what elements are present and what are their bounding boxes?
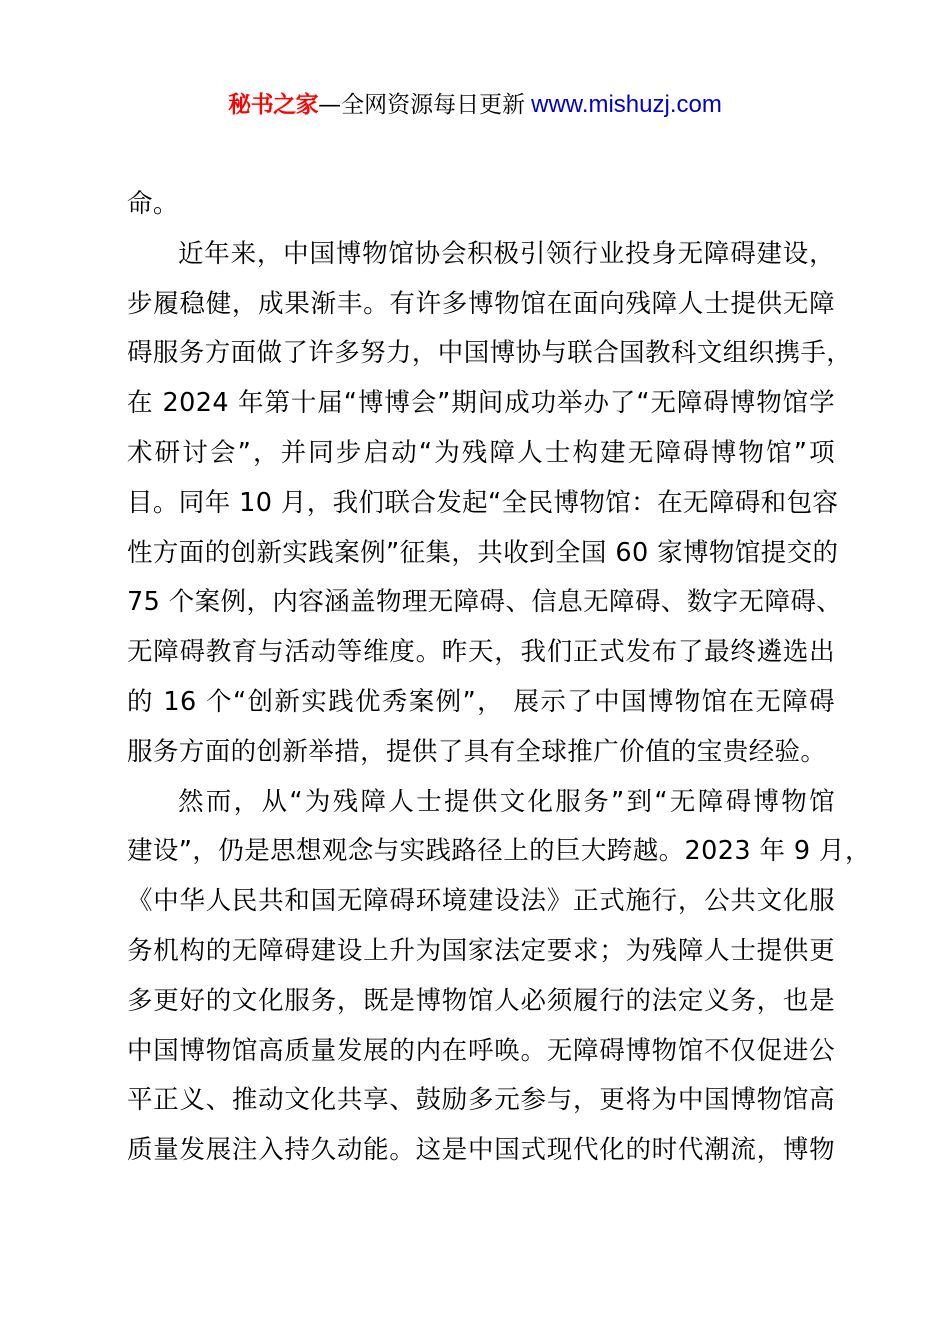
text-line: 务机构的无障碍建设上升为国家法定要求；为残障人士提供更 (127, 927, 835, 977)
text-line: 命。 (127, 180, 835, 230)
text-line: 碍服务方面做了许多努力，中国博协与联合国教科文组织携手， (127, 329, 835, 379)
text-line: 的 16 个“创新实践优秀案例”， 展示了中国博物馆在无障碍 (127, 678, 835, 728)
page-header: 秘书之家—全网资源每日更新www.mishuzj.com (0, 88, 950, 122)
paragraph-end-line: 服务方面的创新举措，提供了具有全球推广价值的宝贵经验。 (127, 728, 835, 778)
text-line: 《中华人民共和国无障碍环境建设法》正式施行，公共文化服 (127, 877, 835, 927)
text-line: 在 2024 年第十届“博博会”期间成功举办了“无障碍博物馆学 (127, 379, 835, 429)
document-body: 命。 近年来，中国博物馆协会积极引领行业投身无障碍建设， 步履稳健，成果渐丰。有… (127, 180, 835, 1176)
text-line: 无障碍教育与活动等维度。昨天，我们正式发布了最终遴选出 (127, 628, 835, 678)
brand-name: 秘书之家 (228, 92, 318, 118)
paragraph-start-line: 近年来，中国博物馆协会积极引领行业投身无障碍建设， (127, 230, 835, 280)
text-line: 平正义、推动文化共享、鼓励多元参与，更将为中国博物馆高 (127, 1076, 835, 1126)
text-line: 75 个案例，内容涵盖物理无障碍、信息无障碍、数字无障碍、 (127, 578, 835, 628)
text-line: 质量发展注入持久动能。这是中国式现代化的时代潮流，博物 (127, 1126, 835, 1176)
text-line: 中国博物馆高质量发展的内在呼唤。无障碍博物馆不仅促进公 (127, 1027, 835, 1077)
text-line: 步履稳健，成果渐丰。有许多博物馆在面向残障人士提供无障 (127, 280, 835, 330)
website-link[interactable]: www.mishuzj.com (531, 91, 722, 118)
paragraph-start-line: 然而，从“为残障人士提供文化服务”到“无障碍博物馆 (127, 778, 835, 828)
text-line: 性方面的创新实践案例”征集，共收到全国 60 家博物馆提交的 (127, 529, 835, 579)
text-line: 多更好的文化服务，既是博物馆人必须履行的法定义务，也是 (127, 977, 835, 1027)
text-line: 建设”，仍是思想观念与实践路径上的巨大跨越。2023 年 9 月， (127, 827, 835, 877)
text-line: 目。同年 10 月，我们联合发起“全民博物馆：在无障碍和包容 (127, 479, 835, 529)
header-slogan: —全网资源每日更新 (318, 92, 525, 118)
text-line: 术研讨会”，并同步启动“为残障人士构建无障碍博物馆”项 (127, 429, 835, 479)
